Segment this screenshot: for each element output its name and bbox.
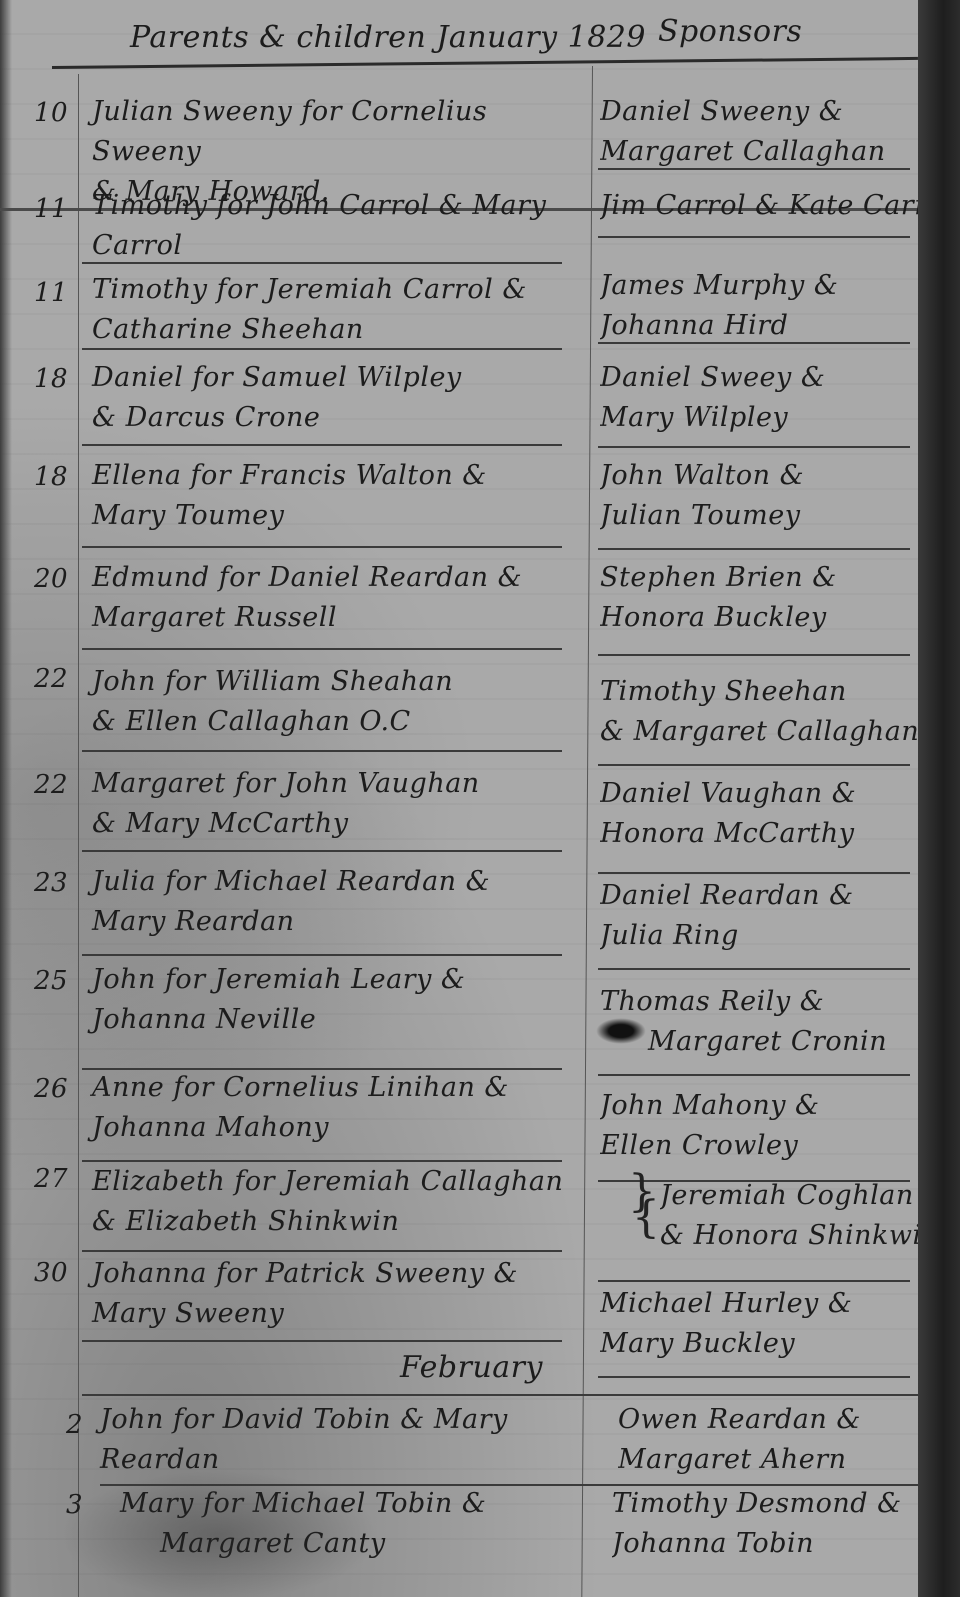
row-divider xyxy=(598,764,910,766)
book-spine xyxy=(918,0,960,1597)
entry-parents: John for Jeremiah Leary & Johanna Nevill… xyxy=(92,960,592,1040)
entry-day: 18 xyxy=(34,364,68,394)
water-stain xyxy=(60,1470,380,1597)
entry-parents: Anne for Cornelius Linihan & Johanna Mah… xyxy=(92,1068,592,1148)
parents-line: Timothy for Jeremiah Carrol & xyxy=(92,270,592,310)
sponsors-line: Julian Toumey xyxy=(600,496,920,536)
entry-sponsors: Jim Carrol & Kate Carrol xyxy=(600,186,920,226)
entry-day: 26 xyxy=(34,1074,68,1104)
parents-line: & Elizabeth Shinkwin xyxy=(92,1202,592,1242)
parents-line: Julia for Michael Reardan & xyxy=(92,862,592,902)
entry-parents: Margaret for John Vaughan & Mary McCarth… xyxy=(92,764,592,844)
row-divider xyxy=(82,1250,562,1252)
parents-line: Mary Reardan xyxy=(92,902,592,942)
row-divider xyxy=(598,342,910,344)
entry-sponsors: Timothy Sheehan & Margaret Callaghan xyxy=(600,672,920,752)
sponsors-line: Honora McCarthy xyxy=(600,814,920,854)
entry-parents: Daniel for Samuel Wilpley & Darcus Crone xyxy=(92,358,592,438)
sponsors-line: & Margaret Callaghan xyxy=(600,712,920,752)
row-divider xyxy=(598,1376,910,1378)
entry-sponsors: Daniel Sweeny & Margaret Callaghan xyxy=(600,92,920,172)
register-page: Parents & children January 1829 Sponsors… xyxy=(0,0,918,1597)
entry-day: 22 xyxy=(34,770,68,800)
entry-day: 23 xyxy=(34,868,68,898)
sponsors-line: Stephen Brien & xyxy=(600,558,920,598)
row-divider xyxy=(598,654,910,656)
entry-sponsors: Daniel Sweey & Mary Wilpley xyxy=(600,358,920,438)
parents-line: Julian Sweeny for Cornelius Sweeny xyxy=(92,92,592,172)
month-heading: February xyxy=(400,1350,543,1385)
row-divider xyxy=(598,968,910,970)
row-divider xyxy=(82,348,562,350)
entry-day: 30 xyxy=(34,1258,68,1288)
row-divider xyxy=(598,168,910,170)
sponsors-line: Margaret Callaghan xyxy=(600,132,920,172)
entry-day: 11 xyxy=(34,194,68,224)
row-divider xyxy=(82,444,562,446)
entry-day: 10 xyxy=(34,98,68,128)
page-title: Parents & children January 1829 xyxy=(130,20,646,55)
entry-day: 25 xyxy=(34,966,68,996)
entry-sponsors: Daniel Reardan & Julia Ring xyxy=(600,876,920,956)
entry-sponsors: John Mahony & Ellen Crowley xyxy=(600,1086,920,1166)
entry-sponsors: Thomas Reily & Margaret Cronin xyxy=(600,982,920,1062)
parents-line: John for David Tobin & Mary xyxy=(100,1400,600,1440)
sponsors-line: Owen Reardan & xyxy=(618,1400,938,1440)
row-divider xyxy=(598,548,910,550)
sponsors-line: Johanna Tobin xyxy=(612,1524,932,1564)
sponsors-line: Daniel Sweeny & xyxy=(600,92,920,132)
entry-parents: Timothy for John Carrol & Mary Carrol xyxy=(92,186,592,266)
sponsors-line: Johanna Hird xyxy=(600,306,920,346)
sponsors-line: Michael Hurley & xyxy=(600,1284,920,1324)
row-divider xyxy=(598,236,910,238)
sponsors-line: Ellen Crowley xyxy=(600,1126,920,1166)
parents-line: Daniel for Samuel Wilpley xyxy=(92,358,592,398)
sponsors-line: Daniel Sweey & xyxy=(600,358,920,398)
sponsors-line: Thomas Reily & xyxy=(600,982,920,1022)
parents-line: Anne for Cornelius Linihan & xyxy=(92,1068,592,1108)
parents-line: John for William Sheahan xyxy=(92,662,592,702)
parents-line: Johanna Mahony xyxy=(92,1108,592,1148)
parents-line: Johanna Neville xyxy=(92,1000,592,1040)
entry-parents: Ellena for Francis Walton & Mary Toumey xyxy=(92,456,592,536)
row-divider xyxy=(598,872,910,874)
parents-line: Johanna for Patrick Sweeny & xyxy=(92,1254,592,1294)
entry-sponsors: Daniel Vaughan & Honora McCarthy xyxy=(600,774,920,854)
parents-line: John for Jeremiah Leary & xyxy=(92,960,592,1000)
page-header: Parents & children January 1829 Sponsors xyxy=(110,6,890,66)
sponsors-line: Timothy Desmond & xyxy=(612,1484,932,1524)
sponsors-line: Margaret Cronin xyxy=(600,1022,920,1062)
entry-day: 18 xyxy=(34,462,68,492)
row-divider xyxy=(82,750,562,752)
parents-line: Mary Sweeny xyxy=(92,1294,592,1334)
parents-line: Elizabeth for Jeremiah Callaghan xyxy=(92,1162,592,1202)
entry-parents: Edmund for Daniel Reardan & Margaret Rus… xyxy=(92,558,592,638)
row-divider xyxy=(82,546,562,548)
parents-line: Edmund for Daniel Reardan & xyxy=(92,558,592,598)
sponsors-line: Jim Carrol & Kate Carrol xyxy=(600,186,920,226)
sponsors-line: Jeremiah Coghlan xyxy=(660,1176,920,1216)
entry-day: 22 xyxy=(34,664,68,694)
sponsors-line: Mary Buckley xyxy=(600,1324,920,1364)
parents-line: & Mary McCarthy xyxy=(92,804,592,844)
entry-day: 27 xyxy=(34,1164,68,1194)
parents-line: Margaret Russell xyxy=(92,598,592,638)
entry-sponsors: James Murphy & Johanna Hird xyxy=(600,266,920,346)
sponsors-line: James Murphy & xyxy=(600,266,920,306)
entry-parents: Timothy for Jeremiah Carrol & Catharine … xyxy=(92,270,592,350)
parents-line: Timothy for John Carrol & Mary xyxy=(92,186,592,226)
sponsors-line: Timothy Sheehan xyxy=(600,672,920,712)
row-divider xyxy=(82,262,562,264)
entry-parents: John for William Sheahan & Ellen Callagh… xyxy=(92,662,592,742)
sponsors-line: Margaret Ahern xyxy=(618,1440,938,1480)
day-column-line xyxy=(78,74,79,1597)
parents-line: Ellena for Francis Walton & xyxy=(92,456,592,496)
entry-sponsors: Jeremiah Coghlan & Honora Shinkwin xyxy=(660,1176,920,1256)
parents-line: Margaret for John Vaughan xyxy=(92,764,592,804)
page-left-shadow xyxy=(0,0,12,1597)
entry-sponsors: John Walton & Julian Toumey xyxy=(600,456,920,536)
entry-day: 11 xyxy=(34,278,68,308)
sponsors-line: Daniel Reardan & xyxy=(600,876,920,916)
entry-parents: Johanna for Patrick Sweeny & Mary Sweeny xyxy=(92,1254,592,1334)
sponsors-column-heading: Sponsors xyxy=(658,14,802,49)
entry-sponsors: Stephen Brien & Honora Buckley xyxy=(600,558,920,638)
row-divider xyxy=(598,1074,910,1076)
sponsors-line: Mary Wilpley xyxy=(600,398,920,438)
parents-line: Catharine Sheehan xyxy=(92,310,592,350)
row-divider xyxy=(598,446,910,448)
entry-sponsors: Owen Reardan & Margaret Ahern xyxy=(618,1400,938,1480)
entry-day: 2 xyxy=(66,1410,83,1440)
entry-sponsors: Michael Hurley & Mary Buckley xyxy=(600,1284,920,1364)
row-divider xyxy=(82,648,562,650)
row-divider xyxy=(82,1340,562,1342)
brace-icon: { xyxy=(632,1192,660,1243)
sponsors-line: & Honora Shinkwin xyxy=(660,1216,920,1256)
parents-line: Carrol xyxy=(92,226,592,266)
entry-day: 20 xyxy=(34,564,68,594)
month-divider xyxy=(82,1394,918,1396)
entry-parents: Julia for Michael Reardan & Mary Reardan xyxy=(92,862,592,942)
sponsors-line: Daniel Vaughan & xyxy=(600,774,920,814)
sponsors-line: Julia Ring xyxy=(600,916,920,956)
row-divider xyxy=(82,850,562,852)
parents-line: & Ellen Callaghan O.C xyxy=(92,702,592,742)
entry-parents: John for David Tobin & Mary Reardan xyxy=(100,1400,600,1480)
ink-blot xyxy=(596,1018,646,1044)
entry-parents: Elizabeth for Jeremiah Callaghan & Eliza… xyxy=(92,1162,592,1242)
sponsors-line: John Walton & xyxy=(600,456,920,496)
parents-line: Mary Toumey xyxy=(92,496,592,536)
entry-sponsors: Timothy Desmond & Johanna Tobin xyxy=(612,1484,932,1564)
row-divider xyxy=(598,1280,910,1282)
row-divider xyxy=(82,954,562,956)
parents-line: & Darcus Crone xyxy=(92,398,592,438)
sponsors-line: John Mahony & xyxy=(600,1086,920,1126)
sponsors-line: Honora Buckley xyxy=(600,598,920,638)
